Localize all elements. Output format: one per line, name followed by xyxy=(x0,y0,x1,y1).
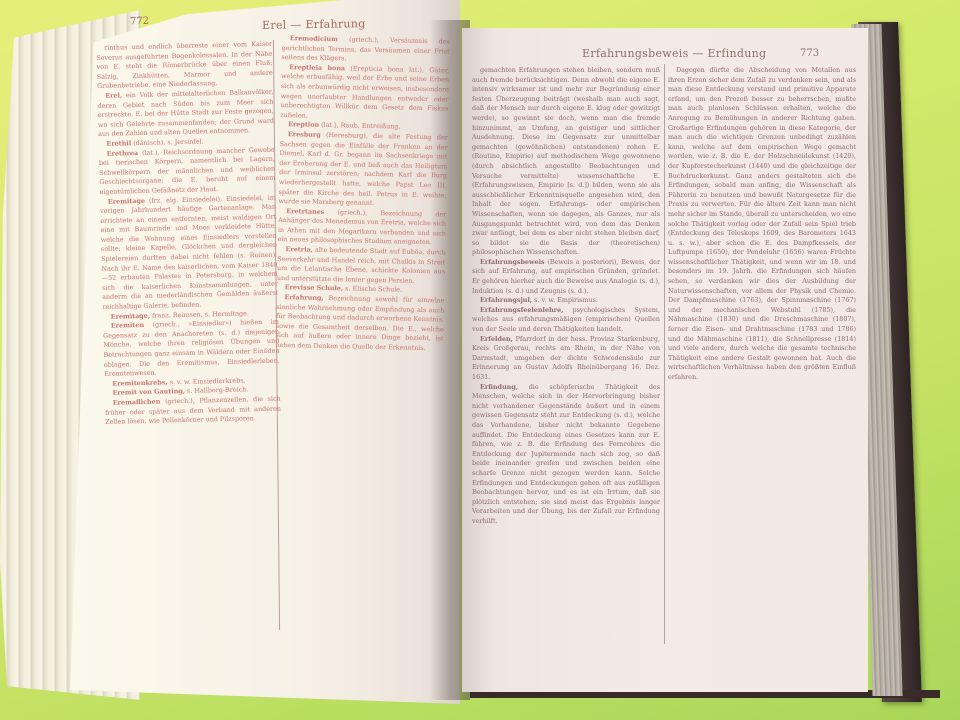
entry: Eretrtanes (griech.), Bezeichnung der An… xyxy=(278,207,447,249)
right-column-b: Dagegen dürfte die Abscheidung von Metal… xyxy=(668,66,856,636)
entry: Erfahrungsjul, s. v. w. Empirismus. xyxy=(472,296,660,306)
entry: Eremaflichen (griech.), Pflanzenzellen, … xyxy=(105,395,282,428)
left-page-number: 772 xyxy=(130,16,149,28)
entry: Eremiten (griech., »Einsiedler«) hießen … xyxy=(103,318,280,380)
left-column-b: Eremodicium (griech.), Versäumnis des ge… xyxy=(270,34,450,627)
entry: Erethrea (lat.), Reichsordnung mancher G… xyxy=(99,145,276,197)
entry: gemachten Erfahrungen stehen bleiben, so… xyxy=(472,66,660,258)
entry: Eresburg (Heresburg), die alte Festung d… xyxy=(278,130,448,210)
entry: Dagegen dürfte die Abscheidung von Metal… xyxy=(668,66,856,383)
entry: Eremitage (frz. eig. Einsiedelei), Einsi… xyxy=(100,193,279,312)
entry: Ereptleia bona (Erepticia bona lat.), Gü… xyxy=(280,63,449,124)
entry: Erfahrungsfeelenlehre, psychologisches S… xyxy=(472,306,660,335)
entry: Erfahrung, Bezeichnung sowohl für einzel… xyxy=(275,293,444,354)
entry: Erfahrungsbeweis (Beweis a posteriori), … xyxy=(472,258,660,296)
left-column-a: rinthus und endlich überreste einer vom … xyxy=(96,40,286,624)
left-running-head: Erel — Erfahrung xyxy=(262,17,366,32)
entry: rinthus und endlich überreste einer vom … xyxy=(96,40,273,92)
entry: Eretria, alte bedeutende Stadt auf Euböa… xyxy=(277,245,446,287)
right-column-rule xyxy=(664,64,665,644)
right-running-head: Erfahrungsbeweis — Erfindung xyxy=(582,47,766,60)
entry: Eremodicium (griech.), Versäumnis des ge… xyxy=(281,34,450,66)
book-photo-scene: 772 Erel — Erfahrung rinthus und endlich… xyxy=(0,0,960,720)
entry: Erfindung, die schöpferische Thätigkeit … xyxy=(472,383,660,527)
right-column-a: gemachten Erfahrungen stehen bleiben, so… xyxy=(472,66,660,656)
entry: Erfelden, Pfarrdorf in der hess. Provinz… xyxy=(472,335,660,383)
entry: Erel, ein Volk der mittelalterlichen Bal… xyxy=(97,88,274,140)
right-page-number: 773 xyxy=(800,48,819,59)
